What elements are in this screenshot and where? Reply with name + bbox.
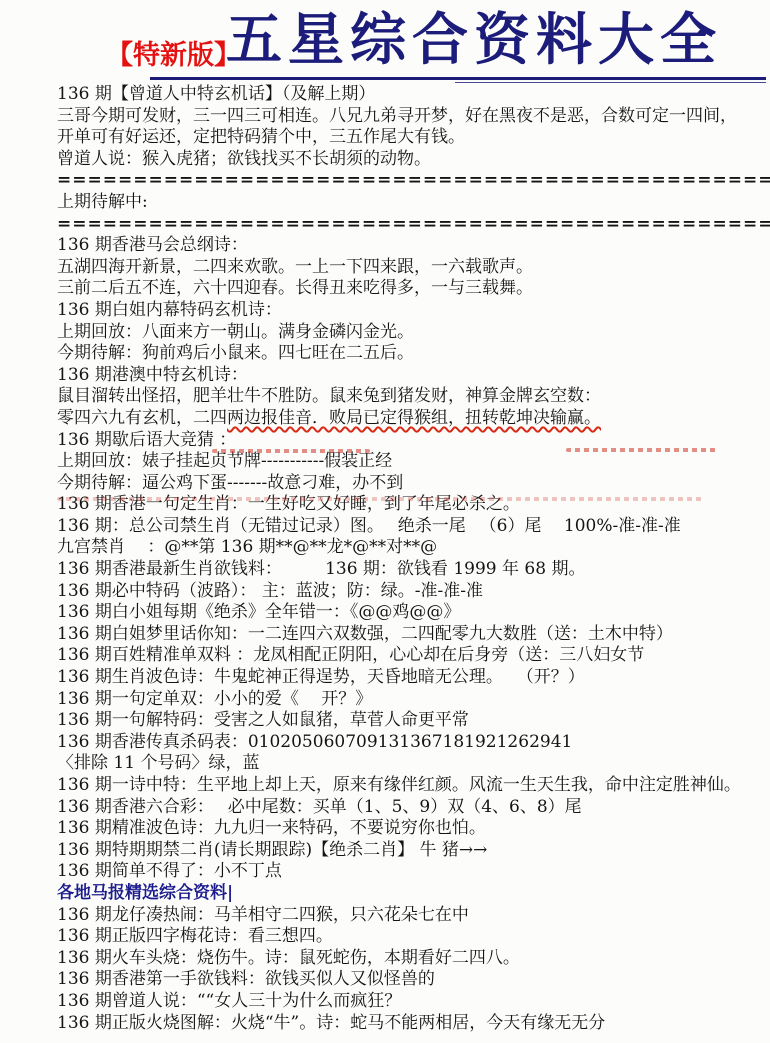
- text-line: 136 期龙仔凑热闹：马羊相守二四猴，只六花朵七在中: [57, 905, 767, 927]
- text-segment: 零四六九有玄机，二四: [57, 408, 227, 428]
- text-line: 鼠目溜转出怪招，肥羊壮牛不胜防。鼠来兔到猪发财，神算金牌玄空数：: [57, 386, 767, 408]
- text-line: 136 期香港传真杀码表：010205060709131367181921262…: [57, 732, 767, 754]
- text-line: 136 期一诗中特：生平地上却上天，原来有缘伴红颜。风流一生天生我，命中注定胜神…: [57, 775, 767, 797]
- spellcheck-underlined-text: 两边报佳音．败局已定得猴组，扭转乾坤决输赢。: [227, 408, 601, 428]
- text-line: 曾道人说：猴入虎猪；欲钱找买不长胡须的动物。: [57, 149, 767, 171]
- text-line: 三哥今期可发财，三一四三可相连。八兄九弟寻开梦，好在黑夜不是恶，合数可定一四间，: [57, 106, 767, 128]
- divider-line: ========================================…: [57, 214, 767, 236]
- text-line: 136 期：总公司禁生肖（无错过记录）图。 绝杀一尾 （6）尾 100%-准-准…: [57, 516, 767, 538]
- divider-line: ========================================…: [57, 170, 767, 192]
- text-line: 136 期百姓精准单双料 ：龙凤相配正阴阳，心心却在后身旁（送：三八妇女节: [57, 645, 767, 667]
- text-line: 136 期生肖波色诗：牛鬼蛇神正得逞势，天昏地暗无公理。 （开？）: [57, 667, 767, 689]
- red-artifact: [57, 497, 702, 501]
- red-artifact: [212, 449, 370, 453]
- text-line: 今期待解：逼公鸡下蛋-------故意刁难，办不到: [57, 473, 767, 495]
- text-line: 136 期火车头烧：烧伤牛。诗：鼠死蛇伤，本期看好二四八。: [57, 948, 767, 970]
- text-line: 零四六九有玄机，二四两边报佳音．败局已定得猴组，扭转乾坤决输赢。: [57, 408, 767, 430]
- text-line: 上期待解中:: [57, 192, 767, 214]
- text-line: 136 期必中特码（波路）： 主：蓝波；防：绿。-准-准-准: [57, 581, 767, 603]
- text-line: 今期待解：狗前鸡后小鼠来。四七旺在二五后。: [57, 343, 767, 365]
- blue-section-heading: 各地马报精选综合资料|: [57, 883, 767, 905]
- page-title: 五星综合资料大全: [226, 8, 722, 72]
- edition-tag: 【特新版】: [106, 33, 241, 72]
- title-underline: [150, 77, 766, 80]
- text-line: 136 期一句定单双：小小的爱《 开？》: [57, 689, 767, 711]
- text-line: 五湖四海开新景，二四来欢歌。一上一下四来跟，一六载歌声。: [57, 257, 767, 279]
- text-line: 136 期曾道人说：““女人三十为什么而疯狂？: [57, 991, 767, 1013]
- text-line: 136 期【曾道人中特玄机话】（及解上期）: [57, 84, 767, 106]
- text-line: 136 期香港马会总纲诗：: [57, 235, 767, 257]
- text-line: 三前二后五不连，六十四迎春。长得丑来吃得多，一与三载舞。: [57, 278, 767, 300]
- text-line: 136 期简单不得了：小不丁点: [57, 861, 767, 883]
- text-line: 136 期精准波色诗：九九归一来特码，不要说穷你也怕。: [57, 818, 767, 840]
- text-line: 136 期香港最新生肖欲钱料： 136 期：欲钱看 1999 年 68 期。: [57, 559, 767, 581]
- text-line: 上期回放：婊子挂起贞节牌-----------假装正经: [57, 451, 767, 473]
- text-line: 136 期特期期禁二肖(请长期跟踪)【绝杀二肖】 牛 猪→→: [57, 840, 767, 862]
- text-line: 136 期正版火烧图解：火烧“牛”。诗：蛇马不能两相居，今天有缘无无分: [57, 1013, 767, 1035]
- text-line: 136 期白姐梦里话你知：一二连四六双数强，二四配零九大数胜（送：土木中特）: [57, 624, 767, 646]
- title-underline-thin: [455, 82, 766, 83]
- text-line: 136 期香港六合彩： 必中尾数：买单（1、5、9）双（4、6、8）尾: [57, 797, 767, 819]
- red-artifact: [566, 448, 716, 452]
- document-body: 136 期【曾道人中特玄机话】（及解上期）三哥今期可发财，三一四三可相连。八兄九…: [57, 84, 767, 1034]
- page-header: 【特新版】 五星综合资料大全: [0, 0, 770, 84]
- text-line: 开单可有好运还，定把特码猜个中，三五作尾大有钱。: [57, 127, 767, 149]
- text-line: 136 期一句解特码：受害之人如鼠猪，草菅人命更平常: [57, 710, 767, 732]
- text-line: 136 期香港第一手欲钱料：欲钱买似人又似怪兽的: [57, 969, 767, 991]
- text-line: 〈排除 11 个号码〉绿，蓝: [57, 753, 767, 775]
- text-line: 上期回放：八面来方一朝山。满身金磷闪金光。: [57, 322, 767, 344]
- text-line: 136 期港澳中特玄机诗：: [57, 365, 767, 387]
- text-line: 136 期白姐内幕特码玄机诗：: [57, 300, 767, 322]
- text-line: 136 期白小姐每期《绝杀》全年错一：《@@鸡@@》: [57, 602, 767, 624]
- text-line: 九宫禁肖 ：@**第 136 期**@**龙*@**对**@: [57, 537, 767, 559]
- text-line: 136 期正版四字梅花诗：看三想四。: [57, 926, 767, 948]
